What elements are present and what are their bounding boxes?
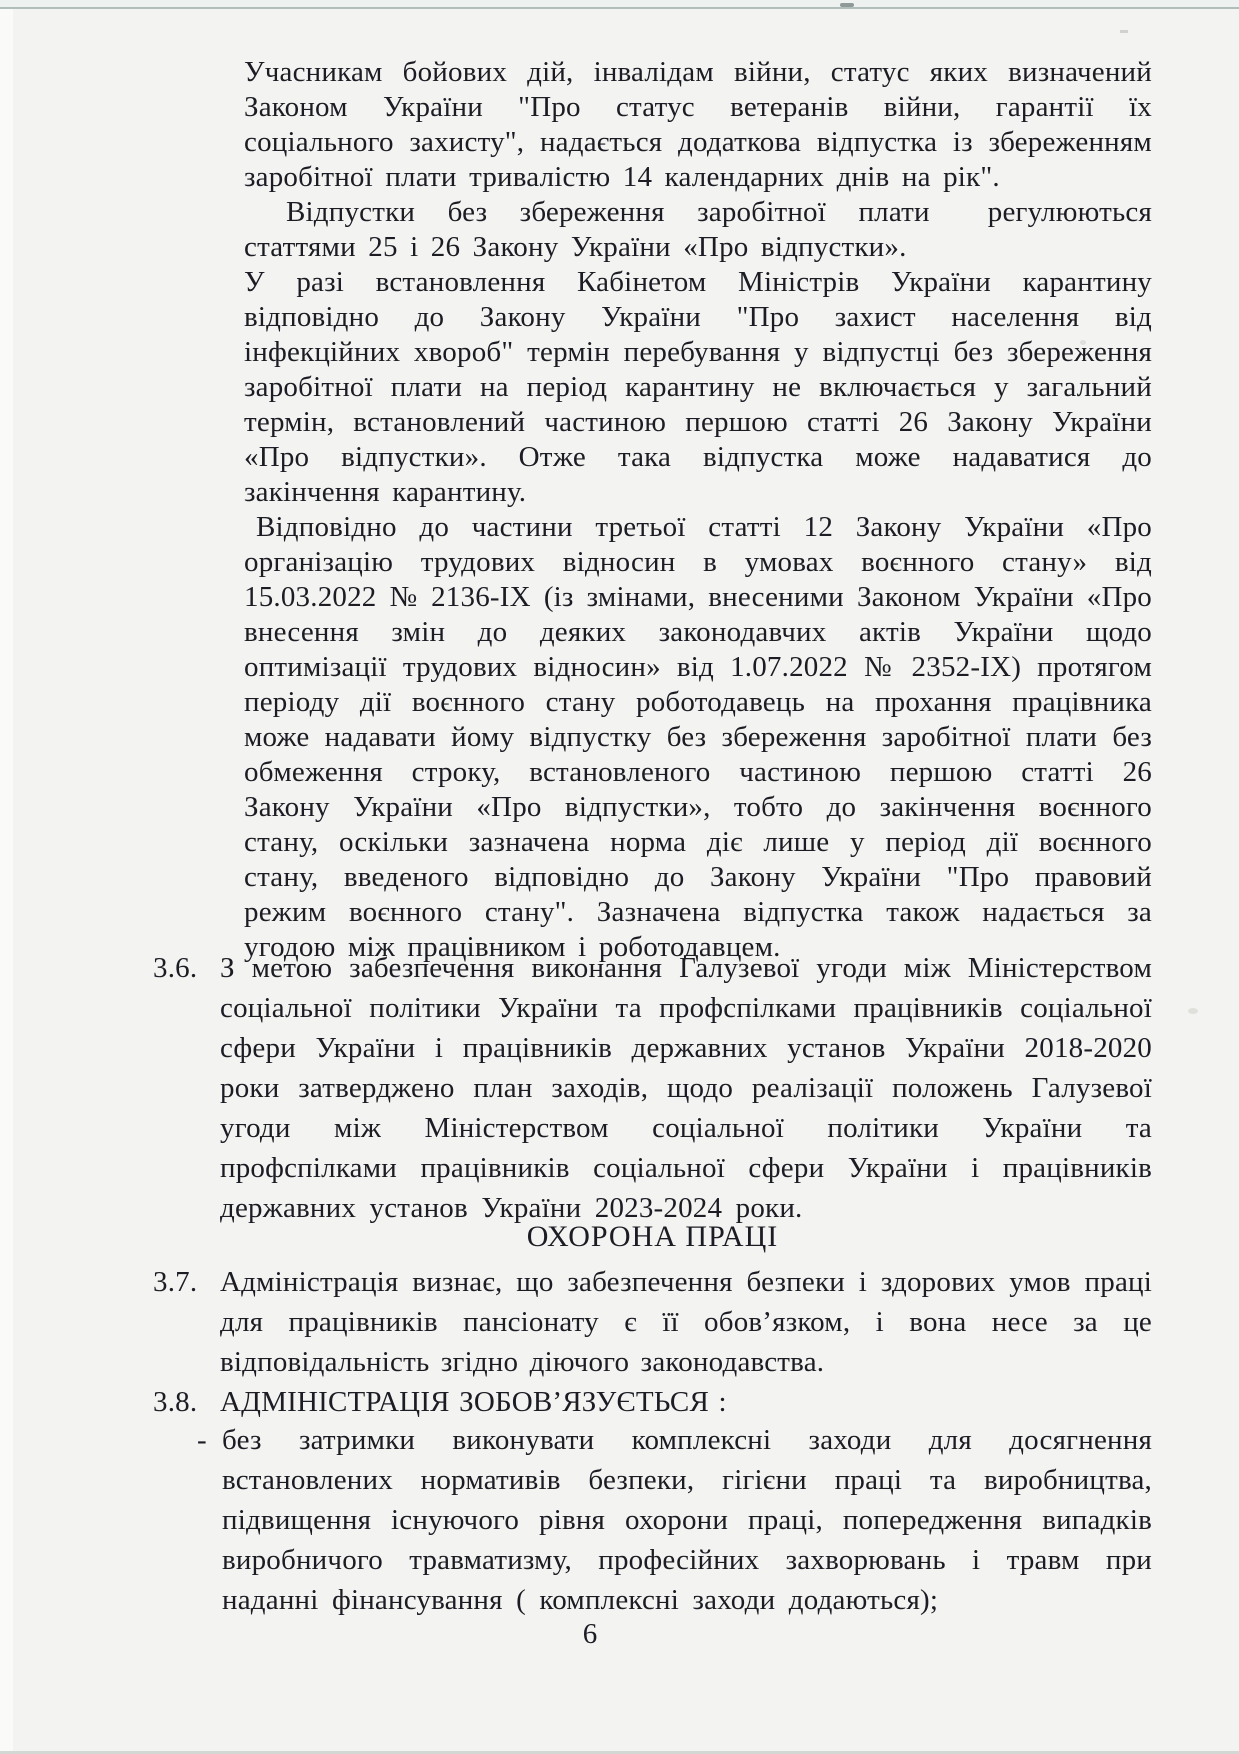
paragraph-quarantine: У разі встановлення Кабінетом Міністрів … — [244, 265, 1152, 510]
scan-top-strip — [0, 0, 1239, 7]
scan-artifact-tick — [840, 3, 854, 7]
section-3-8: 3.8. АДМІНІСТРАЦІЯ ЗОБОВ’ЯЗУЄТЬСЯ : — [153, 1382, 1152, 1422]
intro-text-block: Учасникам бойових дій, інвалідам війни, … — [244, 55, 1152, 965]
scan-artifact-tick — [1120, 30, 1128, 33]
section-3-7: 3.7. Адміністрація визнає, що забезпечен… — [153, 1262, 1152, 1382]
scanned-document-page: Учасникам бойових дій, інвалідам війни, … — [0, 0, 1239, 1754]
section-3-7-text: Адміністрація визнає, що забезпечення бе… — [220, 1262, 1152, 1382]
scan-artifact-speck — [1188, 1008, 1198, 1014]
page-number: 6 — [540, 1618, 640, 1651]
section-3-7-number: 3.7. — [153, 1262, 220, 1302]
heading-labor-protection: ОХОРОНА ПРАЦІ — [153, 1219, 1152, 1255]
scan-left-edge — [0, 9, 13, 1754]
section-3-8-text: АДМІНІСТРАЦІЯ ЗОБОВ’ЯЗУЄТЬСЯ : — [220, 1382, 1152, 1422]
section-3-6: 3.6. З метою забезпечення виконання Галу… — [153, 948, 1152, 1228]
bullet-dash-marker: - — [197, 1420, 222, 1460]
scan-top-edge-line — [0, 7, 1239, 9]
paragraph-martial-law: Відповідно до частини третьої статті 12 … — [244, 510, 1152, 965]
paragraph-unpaid-leave-lead: Відпустки без збереження заробітної плат… — [286, 196, 930, 228]
bullet-complex-measures: - без затримки виконувати комплексні зах… — [197, 1420, 1152, 1620]
paragraph-veterans-leave: Учасникам бойових дій, інвалідам війни, … — [244, 55, 1152, 195]
section-3-8-number: 3.8. — [153, 1382, 220, 1422]
section-3-6-number: 3.6. — [153, 948, 220, 988]
bullet-complex-measures-text: без затримки виконувати комплексні заход… — [222, 1420, 1152, 1620]
paragraph-unpaid-leave: Відпустки без збереження заробітної плат… — [244, 195, 1152, 265]
section-3-6-text: З метою забезпечення виконання Галузевої… — [220, 948, 1152, 1228]
